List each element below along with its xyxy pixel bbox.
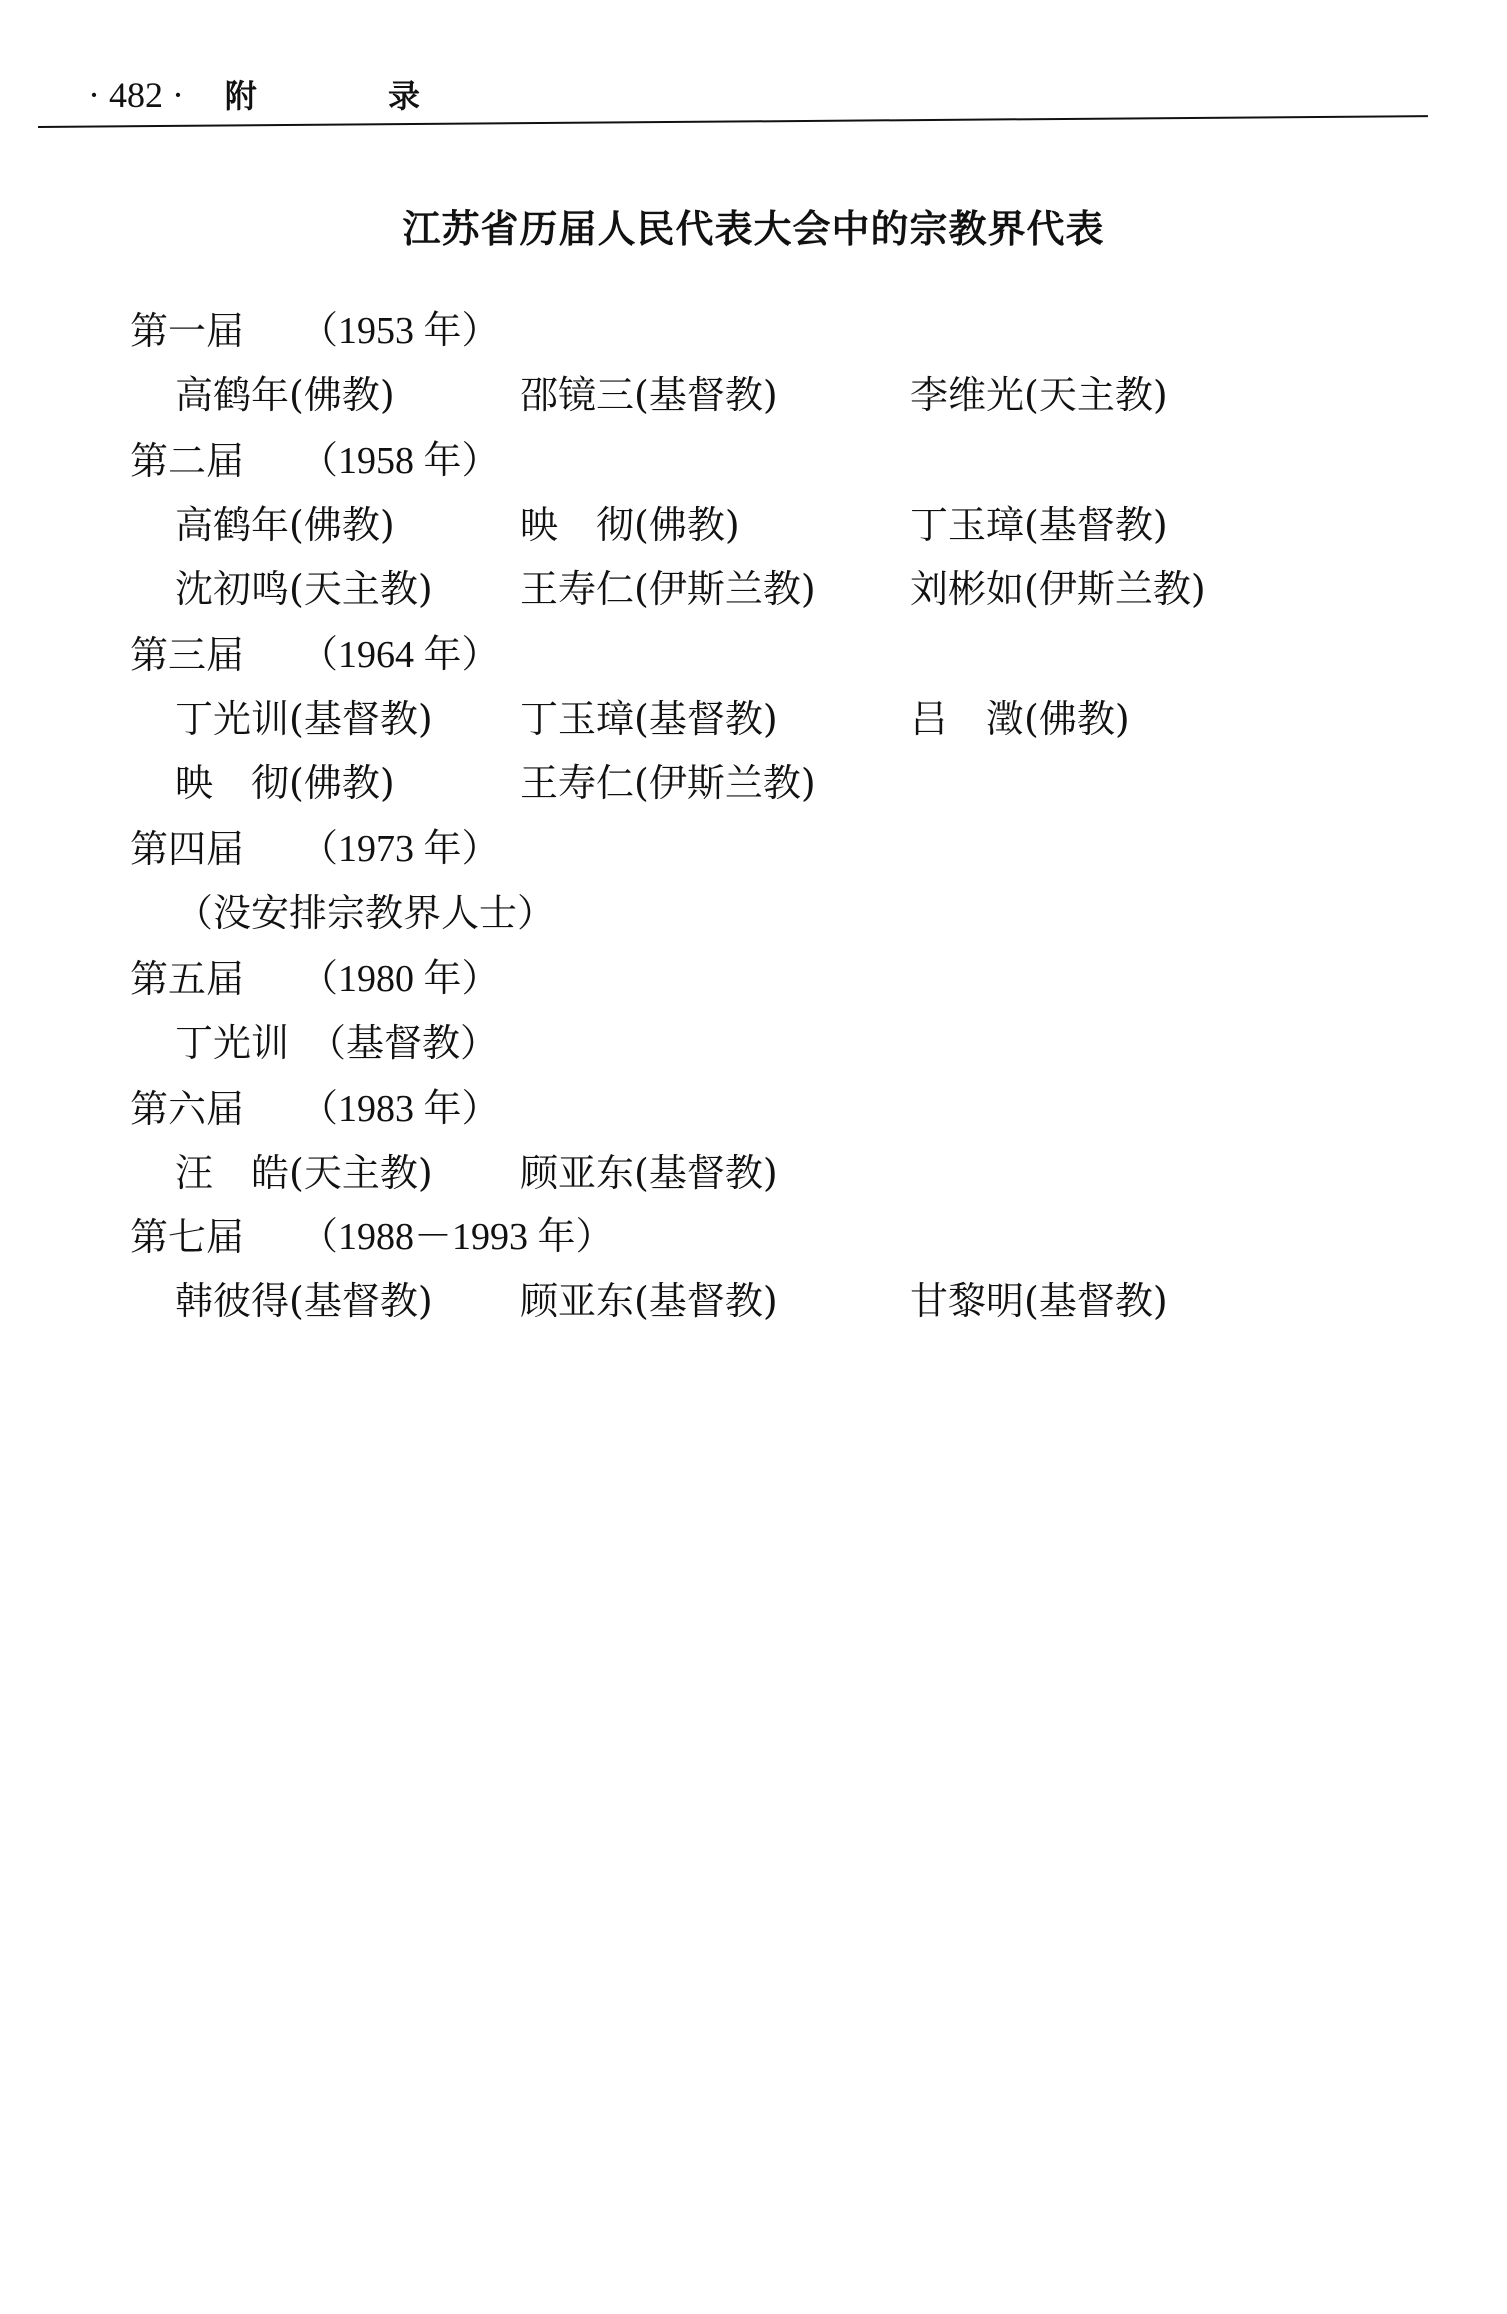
representative: 丁玉璋(基督教) [910,500,1168,550]
session-label: 第四届 [130,824,244,874]
session-year: （1988－1993 年） [300,1212,614,1262]
session-heading: 第二届 （1958 年） [0,436,1507,486]
session-heading: 第六届 （1983 年） [0,1084,1507,1134]
representative: 映 彻(佛教) [520,500,740,550]
session-label: 第六届 [130,1084,244,1134]
session-label: 第三届 [130,630,244,680]
representative-row: 高鹤年(佛教) 邵镜三(基督教) 李维光(天主教) [0,370,1507,420]
representative: 高鹤年(佛教) [175,500,395,550]
representative: 丁光训(基督教) [175,694,433,744]
session-heading: 第五届 （1980 年） [0,954,1507,1004]
session-label: 第一届 [130,306,244,356]
running-head: · 482 · 附 录 [88,70,480,120]
session-note-row: （没安排宗教界人士） [0,888,1507,938]
session-year: （1958 年） [300,436,500,486]
session-year: （1983 年） [300,1084,500,1134]
session-label: 第五届 [130,954,244,1004]
representative: 王寿仁(伊斯兰教) [520,758,816,808]
representative: 沈初鸣(天主教) [175,564,433,614]
representative: 吕 澂(佛教) [910,694,1130,744]
representative-row: 丁光训(基督教) 丁玉璋(基督教) 吕 澂(佛教) [0,694,1507,744]
section-name: 附 录 [225,77,480,115]
session-heading: 第四届 （1973 年） [0,824,1507,874]
representative: 丁光训 （基督教） [175,1018,498,1068]
session-label: 第七届 [130,1212,244,1262]
representative-row: 映 彻(佛教) 王寿仁(伊斯兰教) [0,758,1507,808]
representative: 高鹤年(佛教) [175,370,395,420]
representative: 顾亚东(基督教) [520,1276,778,1326]
session-heading: 第三届 （1964 年） [0,630,1507,680]
representative: 韩彼得(基督教) [175,1276,433,1326]
session-year: （1964 年） [300,630,500,680]
page-title: 江苏省历届人民代表大会中的宗教界代表 [0,198,1507,253]
representative: 顾亚东(基督教) [520,1148,778,1198]
representative-row: 高鹤年(佛教) 映 彻(佛教) 丁玉璋(基督教) [0,500,1507,550]
representative: 李维光(天主教) [910,370,1168,420]
session-heading: 第七届 （1988－1993 年） [0,1212,1507,1262]
session-year: （1980 年） [300,954,500,1004]
representative-row: 沈初鸣(天主教) 王寿仁(伊斯兰教) 刘彬如(伊斯兰教) [0,564,1507,614]
representative-row: 丁光训 （基督教） [0,1018,1507,1068]
representative: 王寿仁(伊斯兰教) [520,564,816,614]
representative: 映 彻(佛教) [175,758,395,808]
page-number: · 482 · [88,75,184,115]
representative: 刘彬如(伊斯兰教) [910,564,1206,614]
representative-row: 汪 皓(天主教) 顾亚东(基督教) [0,1148,1507,1198]
session-note: （没安排宗教界人士） [175,888,555,938]
session-heading: 第一届 （1953 年） [0,306,1507,356]
representative-row: 韩彼得(基督教) 顾亚东(基督教) 甘黎明(基督教) [0,1276,1507,1326]
representative: 汪 皓(天主教) [175,1148,433,1198]
representative: 邵镜三(基督教) [520,370,778,420]
session-year: （1953 年） [300,306,500,356]
representative: 甘黎明(基督教) [910,1276,1168,1326]
representative: 丁玉璋(基督教) [520,694,778,744]
session-year: （1973 年） [300,824,500,874]
session-label: 第二届 [130,436,244,486]
